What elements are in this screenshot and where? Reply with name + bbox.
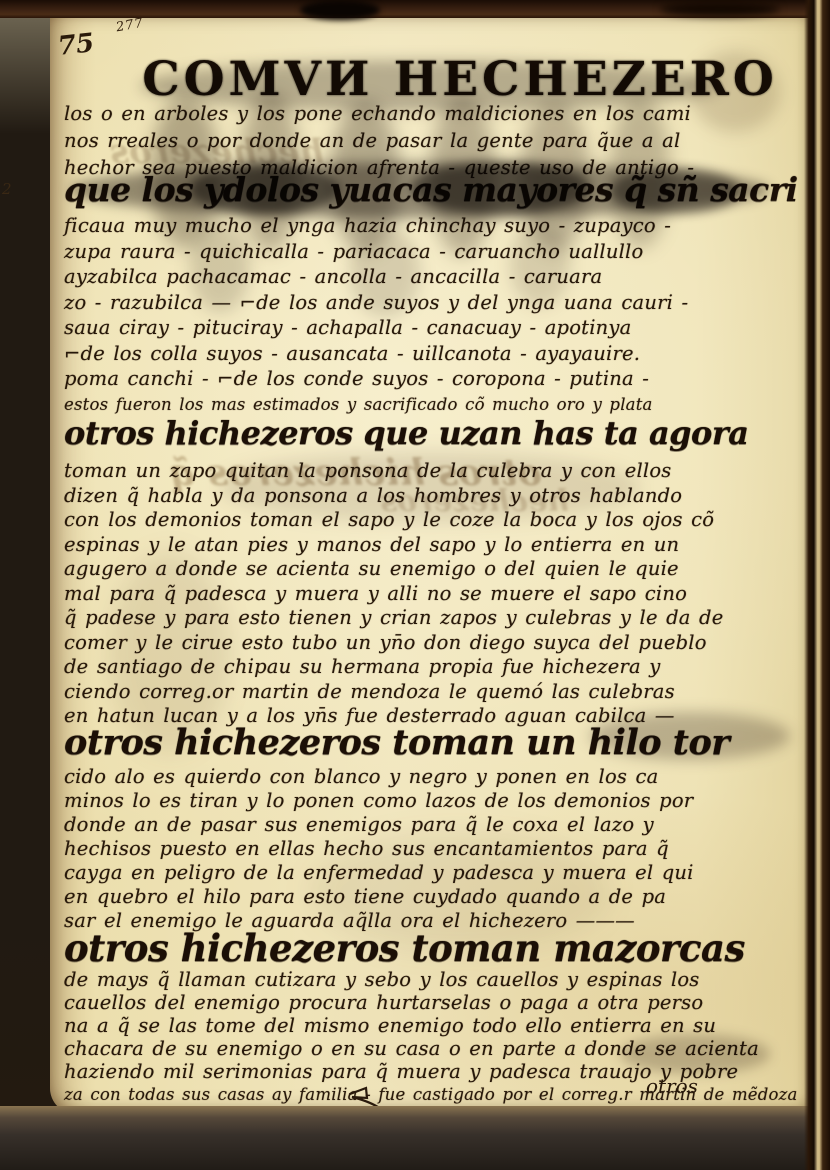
manuscript-line: de mays q̃ llaman cutizara y sebo y los … — [64, 968, 802, 991]
manuscript-line: minos lo es tiran y lo ponen como lazos … — [64, 789, 802, 813]
manuscript-line: en quebro el hilo para esto tiene cuydad… — [64, 885, 802, 909]
manuscript-line: espinas y le atan pies y manos del sapo … — [64, 533, 802, 558]
section-heading-idols: que los ydolos yuacas mayores q̃ sñ sacr… — [64, 170, 802, 209]
manuscript-line: q̃ padese y para esto tienen y crian zap… — [64, 606, 802, 631]
section-heading-thread: otros hichezeros toman un hilo tor — [64, 722, 802, 763]
manuscript-scan: { "page": { "title": "COMVИ HECHEZERO", … — [0, 0, 830, 1170]
manuscript-line: zupa raura - quichicalla - pariacaca - c… — [64, 239, 802, 265]
manuscript-line: hechisos puesto en ellas hecho sus encan… — [64, 837, 802, 861]
manuscript-line: na a q̃ se las tome del mismo enemigo to… — [64, 1014, 802, 1037]
binding-stain — [660, 2, 780, 16]
manuscript-line: cido alo es quierdo con blanco y negro y… — [64, 765, 802, 789]
catchword: otros — [646, 1074, 698, 1098]
manuscript-line: de santiago de chipau su hermana propia … — [64, 655, 802, 680]
manuscript-line: chacara de su enemigo o en su casa o en … — [64, 1037, 802, 1060]
manuscript-line: ciendo correg.or martin de mendoza le qu… — [64, 680, 802, 705]
manuscript-line: agugero a donde se acienta su enemigo o … — [64, 557, 802, 582]
manuscript-line: ficaua muy mucho el ynga hazia chinchay … — [64, 213, 802, 239]
manuscript-line: comer y le cirue esto tubo un yn̄o don d… — [64, 631, 802, 656]
manuscript-line: ayzabilca pachacamac - ancolla - ancacil… — [64, 264, 802, 290]
manuscript-line: mal para q̃ padesca y muera y alli no se… — [64, 582, 802, 607]
folio-number: 75 — [57, 28, 96, 62]
text-layer: 277 75 COMVИ HECHEZERO los o en arboles … — [50, 12, 810, 1114]
binding-right-edge — [804, 0, 830, 1170]
manuscript-line: con los demonios toman el sapo y le coze… — [64, 508, 802, 533]
manuscript-page: otros hichezeros q̃ hechezeros hechezero… — [50, 12, 810, 1114]
manuscript-line: zo - razubilca — ⌐de los ande suyos y de… — [64, 290, 802, 316]
binding-bottom-edge — [0, 1106, 830, 1170]
section-heading-toads: otros hichezeros que uzan has ta agora — [64, 414, 802, 452]
old-page-number: 277 — [115, 16, 145, 36]
manuscript-line: donde an de pasar sus enemigos para q̃ l… — [64, 813, 802, 837]
binding-top-edge — [0, 0, 830, 18]
manuscript-line: toman un zapo quitan la ponsona de la cu… — [64, 459, 802, 484]
manuscript-line: saua ciray - pituciray - achapalla - can… — [64, 315, 802, 341]
manuscript-line: cauellos del enemigo procura hurtarselas… — [64, 991, 802, 1014]
edge-number: 2 — [2, 180, 12, 198]
manuscript-line: nos rreales o por donde an de pasar la g… — [64, 127, 802, 154]
manuscript-line: dizen q̃ habla y da ponsona a los hombre… — [64, 484, 802, 509]
section-heading-maize: otros hichezeros toman mazorcas — [64, 926, 802, 970]
manuscript-line: poma canchi - ⌐de los conde suyos - coro… — [64, 366, 802, 392]
page-title: COMVИ HECHEZERO — [120, 52, 800, 107]
binding-stain — [300, 0, 380, 20]
manuscript-line: los o en arboles y los pone echando mald… — [64, 100, 802, 127]
manuscript-line: ⌐de los colla suyos - ausancata - uillca… — [64, 341, 802, 367]
manuscript-line: cayga en peligro de la enfermedad y pade… — [64, 861, 802, 885]
